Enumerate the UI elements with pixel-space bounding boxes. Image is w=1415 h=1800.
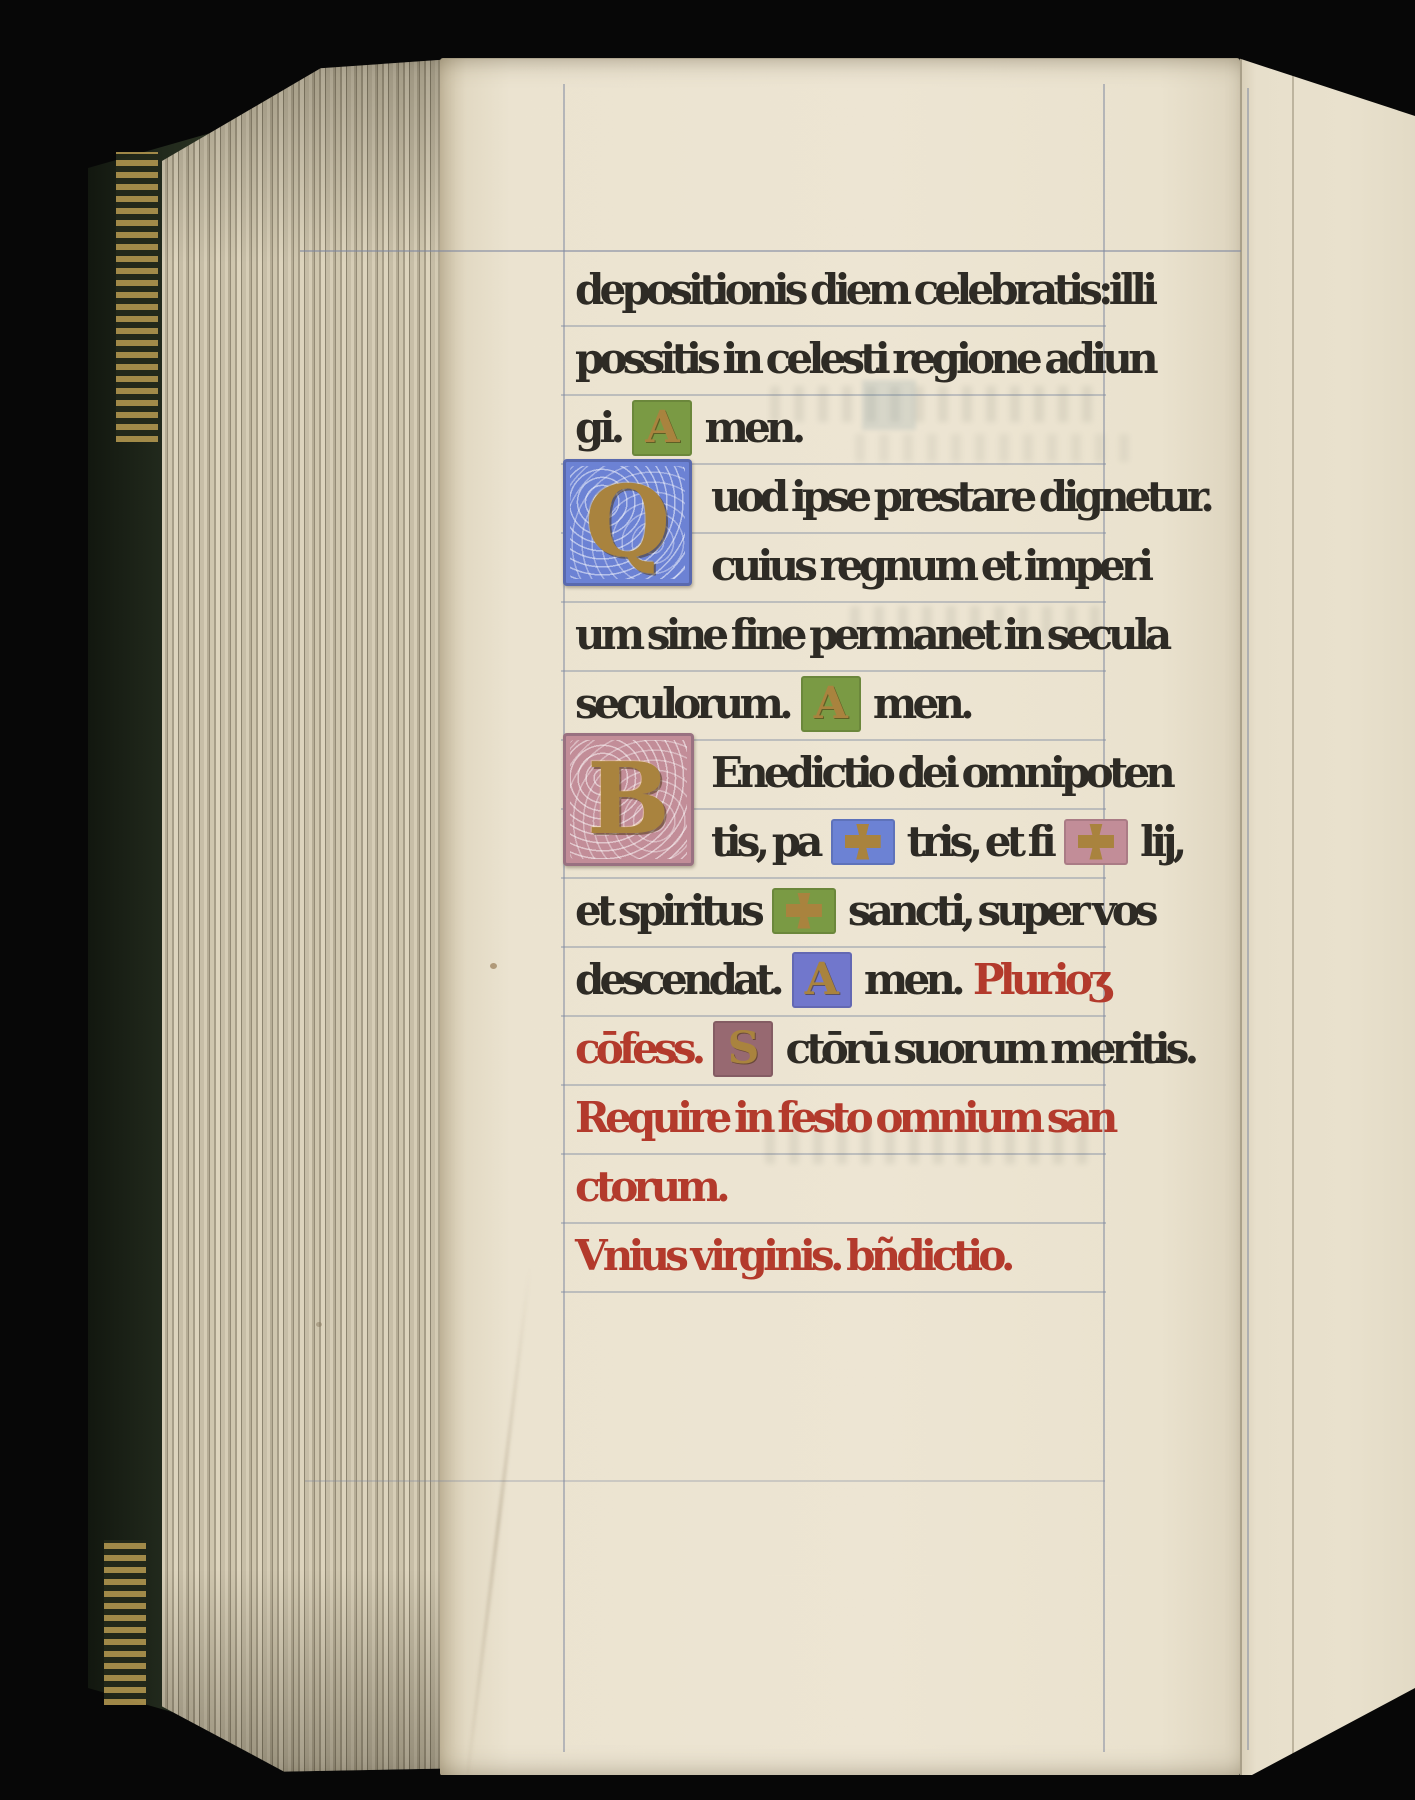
text-segment: cuius regnum et imperi [711,541,1149,590]
manuscript-line: Require in festo omnium san [575,1083,1115,1152]
text-segment: descendat. [575,955,780,1004]
page-edges-stack [162,58,467,1775]
text-segment: ctorum. [575,1162,726,1211]
text-segment: uod ipse prestare dignetur. [711,472,1210,521]
text-segment: Require in festo omnium san [575,1093,1114,1142]
manuscript-line: et spiritussancti, super vos [575,876,1115,945]
ruled-line-horizontal [300,250,1241,252]
background-bottom [0,1775,1415,1800]
ruled-line-horizontal [305,1480,1105,1482]
illuminated-initial-q: Q [563,459,692,586]
text-segment: lij, [1140,817,1182,866]
ruled-line-vertical [1247,88,1249,1750]
text-segment: um sine fine permanet in secula [575,610,1167,659]
text-segment: tris, et fi [907,817,1052,866]
text-segment: ctōrū suorum meritis. [785,1024,1194,1073]
text-segment: men. [873,679,970,728]
gilt-endband-top [116,152,158,442]
cross-icon [772,888,836,934]
text-segment: Enedictio dei omnipoten [711,748,1171,797]
text-segment: gi. [575,403,620,452]
illuminated-initial-a: A [792,952,852,1008]
cross-icon [1064,819,1128,865]
ruled-line-horizontal [561,1291,1106,1293]
cross-icon [831,819,895,865]
ruled-line-vertical [563,84,565,1752]
manuscript-line: um sine fine permanet in secula [575,600,1115,669]
text-segment: sancti, super vos [848,886,1154,935]
text-segment: tis, pa [711,817,819,866]
manuscript-line: descendat.Amen.Plurioʒ [575,945,1115,1014]
facing-page-edge [1240,58,1415,1775]
photograph-of-open-book: depositionis diem celebratis:illipossiti… [0,0,1415,1800]
text-segment: seculorum. [575,679,789,728]
text-segment: cōfess. [575,1024,701,1073]
manuscript-line: seculorum.Amen. [575,669,1115,738]
initial-letter: Q [585,465,670,580]
illuminated-initial-a: A [801,676,861,732]
text-segment: men. [704,403,801,452]
manuscript-line: ctorum. [575,1152,1115,1221]
text-segment: Plurioʒ [973,955,1107,1004]
manuscript-line: gi.Amen. [575,393,1115,462]
text-segment: men. [864,955,961,1004]
background-top [0,0,1415,58]
text-segment: et spiritus [575,886,760,935]
initial-letter: B [587,742,670,857]
manuscript-line: cōfess.Sctōrū suorum meritis. [575,1014,1115,1083]
text-segment: depositionis diem celebratis:illi [575,265,1153,314]
background-left [0,0,88,1800]
text-segment: possitis in celesti regione adiun [575,334,1154,383]
manuscript-line: depositionis diem celebratis:illi [575,255,1115,324]
illuminated-initial-s: S [713,1021,773,1077]
illuminated-initial-a: A [632,400,692,456]
gilt-endband-bottom [104,1540,146,1705]
manuscript-line: possitis in celesti regione adiun [575,324,1115,393]
illuminated-initial-b: B [563,733,694,866]
manuscript-line: Vnius virginis. bñdictio. [575,1221,1115,1290]
paper-speck [490,963,497,969]
paper-speck [316,1322,322,1327]
text-segment: Vnius virginis. bñdictio. [575,1231,1011,1280]
